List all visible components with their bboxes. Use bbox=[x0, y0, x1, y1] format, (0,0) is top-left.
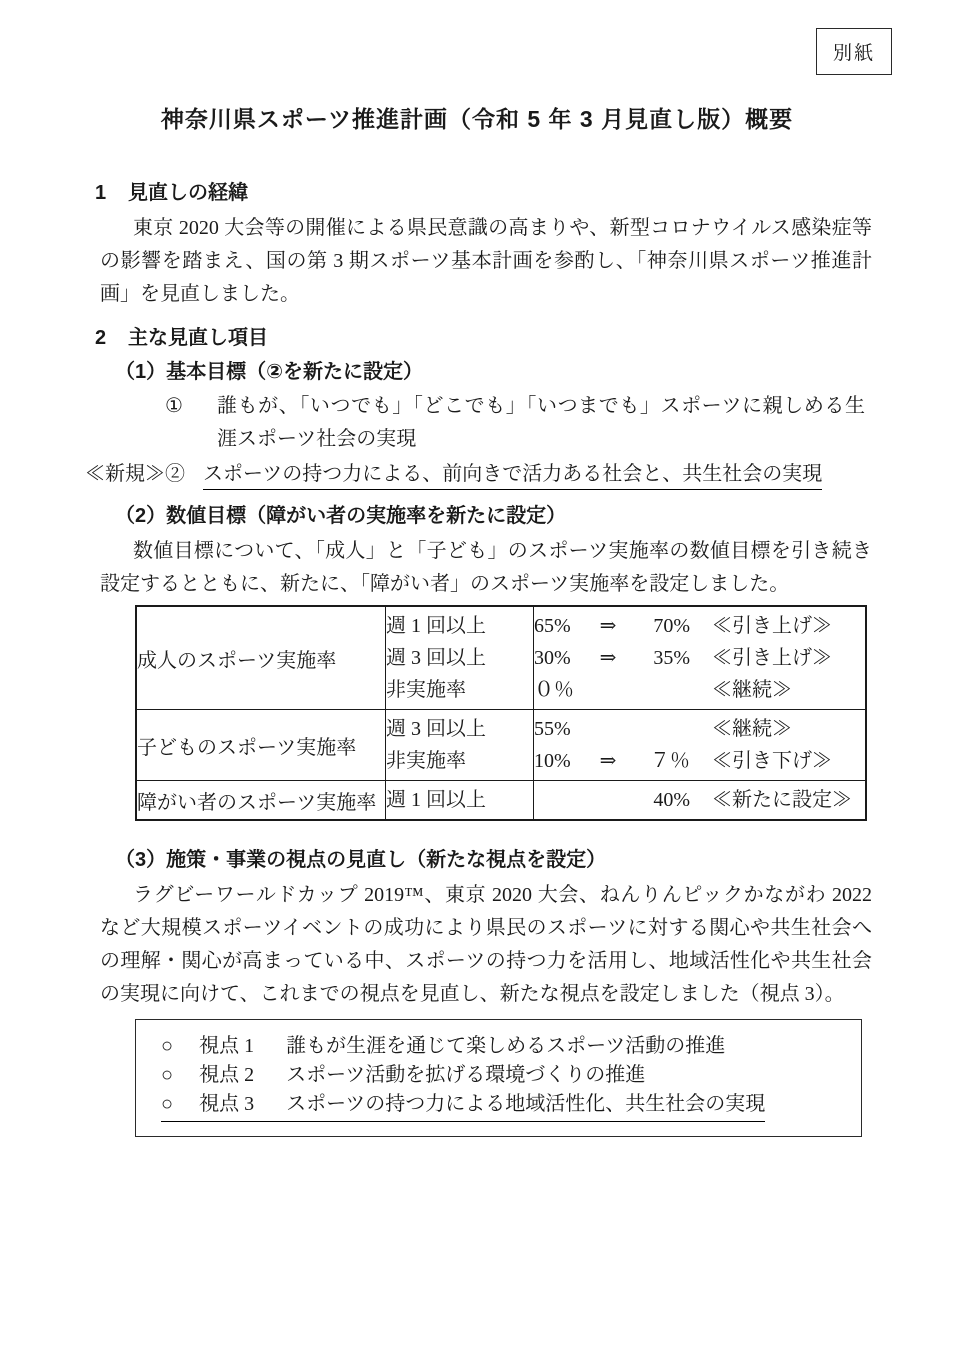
arrow-right-icon: ⇒ bbox=[590, 745, 626, 777]
viewpoints-box: ○ 視点 1 誰もが生涯を通じて楽しめるスポーツ活動の推進 ○ 視点 2 スポー… bbox=[135, 1019, 862, 1137]
row-values: 40% ≪新たに設定≫ bbox=[534, 781, 867, 821]
section1-paragraph: 東京 2020 大会等の開催による県民意識の高まりや、新型コロナウイルス感染症等… bbox=[100, 212, 872, 311]
section1-heading: 1見直しの経緯 bbox=[95, 180, 954, 207]
value-line: ０％ ≪継続≫ bbox=[534, 674, 865, 706]
circle-bullet-icon: ○ bbox=[161, 1093, 173, 1115]
section1-heading-text: 見直しの経緯 bbox=[128, 182, 248, 204]
sub2-paragraph: 数値目標について、「成人」と「子ども」のスポーツ実施率の数値目標を引き続き設定す… bbox=[100, 535, 872, 601]
table-row-adults: 成人のスポーツ実施率 週 1 回以上 週 3 回以上 非実施率 65% ⇒ 70… bbox=[136, 606, 866, 710]
sub3-heading: （3）施策・事業の視点の見直し（新たな視点を設定） bbox=[115, 847, 954, 874]
viewpoint-label: 視点 3 bbox=[199, 1093, 254, 1115]
arrow-right-icon: ⇒ bbox=[590, 610, 626, 642]
section2-heading-text: 主な見直し項目 bbox=[128, 327, 268, 349]
viewpoint-label: 視点 1 bbox=[199, 1035, 254, 1057]
value-note: ≪新たに設定≫ bbox=[690, 784, 865, 816]
frequency-label: 週 1 回以上 bbox=[386, 610, 533, 642]
row-values: 55% ≪継続≫ 10% ⇒ ７％ ≪引き下げ≫ bbox=[534, 710, 867, 781]
value-line: 65% ⇒ 70% ≪引き上げ≫ bbox=[534, 610, 865, 642]
value-to: 70% bbox=[626, 610, 690, 642]
row-category: 子どものスポーツ実施率 bbox=[136, 710, 386, 781]
value-to: ７％ bbox=[626, 745, 690, 777]
arrow-right-icon: ⇒ bbox=[590, 642, 626, 674]
viewpoint-label: 視点 2 bbox=[199, 1064, 254, 1086]
value-line: 55% ≪継続≫ bbox=[534, 713, 865, 745]
table-row-disabled: 障がい者のスポーツ実施率 週 1 回以上 40% ≪新たに設定≫ bbox=[136, 781, 866, 821]
value-to: 40% bbox=[626, 784, 690, 816]
basic-goal-1-text: 誰もが、「いつでも」「どこでも」「いつまでも」スポーツに親しめる生涯スポーツ社会… bbox=[217, 390, 865, 456]
viewpoint-1: ○ 視点 1 誰もが生涯を通じて楽しめるスポーツ活動の推進 bbox=[161, 1032, 851, 1061]
section2-heading: 2主な見直し項目 bbox=[95, 325, 954, 352]
value-from: 10% bbox=[534, 745, 590, 777]
page-title: 神奈川県スポーツ推進計画（令和 5 年 3 月見直し版）概要 bbox=[0, 102, 954, 136]
frequency-label: 週 3 回以上 bbox=[386, 642, 533, 674]
value-from: 65% bbox=[534, 610, 590, 642]
viewpoint-text: スポーツの持つ力による地域活性化、共生社会の実現 bbox=[286, 1093, 765, 1115]
row-frequencies: 週 1 回以上 週 3 回以上 非実施率 bbox=[386, 606, 534, 710]
new-tag-prefix: ≪新規≫② bbox=[85, 463, 185, 485]
basic-goal-2: ≪新規≫②スポーツの持つ力による、前向きで活力ある社会と、共生社会の実現 bbox=[85, 458, 954, 491]
viewpoint-3: ○ 視点 3 スポーツの持つ力による地域活性化、共生社会の実現 bbox=[161, 1090, 851, 1122]
value-note: ≪継続≫ bbox=[690, 674, 865, 706]
row-frequencies: 週 1 回以上 bbox=[386, 781, 534, 821]
document-page: 別紙 神奈川県スポーツ推進計画（令和 5 年 3 月見直し版）概要 1見直しの経… bbox=[0, 0, 954, 1350]
value-note: ≪引き上げ≫ bbox=[690, 642, 865, 674]
section1-number: 1 bbox=[95, 180, 128, 207]
value-note: ≪引き上げ≫ bbox=[690, 610, 865, 642]
value-note: ≪引き下げ≫ bbox=[690, 745, 865, 777]
row-category: 障がい者のスポーツ実施率 bbox=[136, 781, 386, 821]
value-line: 10% ⇒ ７％ ≪引き下げ≫ bbox=[534, 745, 865, 777]
value-to: 35% bbox=[626, 642, 690, 674]
frequency-label: 非実施率 bbox=[386, 745, 533, 777]
circle-bullet-icon: ○ bbox=[161, 1064, 173, 1086]
value-note: ≪継続≫ bbox=[690, 713, 865, 745]
row-frequencies: 週 3 回以上 非実施率 bbox=[386, 710, 534, 781]
value-line: 40% ≪新たに設定≫ bbox=[534, 784, 865, 816]
row-category: 成人のスポーツ実施率 bbox=[136, 606, 386, 710]
sub1-heading: （1）基本目標（②を新たに設定） bbox=[115, 359, 954, 386]
basic-goal-1: ① 誰もが、「いつでも」「どこでも」「いつまでも」スポーツに親しめる生涯スポーツ… bbox=[165, 390, 865, 456]
basic-goal-2-text: スポーツの持つ力による、前向きで活力ある社会と、共生社会の実現 bbox=[203, 461, 822, 490]
viewpoint-text: スポーツ活動を拡げる環境づくりの推進 bbox=[286, 1064, 645, 1086]
table-row-children: 子どものスポーツ実施率 週 3 回以上 非実施率 55% ≪継続≫ 10% ⇒ … bbox=[136, 710, 866, 781]
corner-label-box: 別紙 bbox=[816, 28, 892, 75]
sub2-heading: （2）数値目標（障がい者の実施率を新たに設定） bbox=[115, 503, 954, 530]
frequency-label: 週 3 回以上 bbox=[386, 713, 533, 745]
circle-bullet-icon: ○ bbox=[161, 1035, 173, 1057]
value-line: 30% ⇒ 35% ≪引き上げ≫ bbox=[534, 642, 865, 674]
value-from: ０％ bbox=[534, 674, 590, 706]
circled-1-marker: ① bbox=[165, 390, 217, 456]
value-from: 55% bbox=[534, 713, 590, 745]
frequency-label: 週 1 回以上 bbox=[386, 784, 533, 816]
sub3-paragraph: ラグビーワールドカップ 2019™、東京 2020 大会、ねんりんピックかながわ… bbox=[100, 879, 872, 1011]
corner-label: 別紙 bbox=[833, 43, 875, 64]
row-values: 65% ⇒ 70% ≪引き上げ≫ 30% ⇒ 35% ≪引き上げ≫ ０％ ≪継続… bbox=[534, 606, 867, 710]
viewpoint-text: 誰もが生涯を通じて楽しめるスポーツ活動の推進 bbox=[286, 1035, 725, 1057]
numeric-targets-table: 成人のスポーツ実施率 週 1 回以上 週 3 回以上 非実施率 65% ⇒ 70… bbox=[135, 605, 867, 821]
frequency-label: 非実施率 bbox=[386, 674, 533, 706]
section2-number: 2 bbox=[95, 325, 128, 352]
value-from: 30% bbox=[534, 642, 590, 674]
viewpoint-2: ○ 視点 2 スポーツ活動を拡げる環境づくりの推進 bbox=[161, 1061, 851, 1090]
